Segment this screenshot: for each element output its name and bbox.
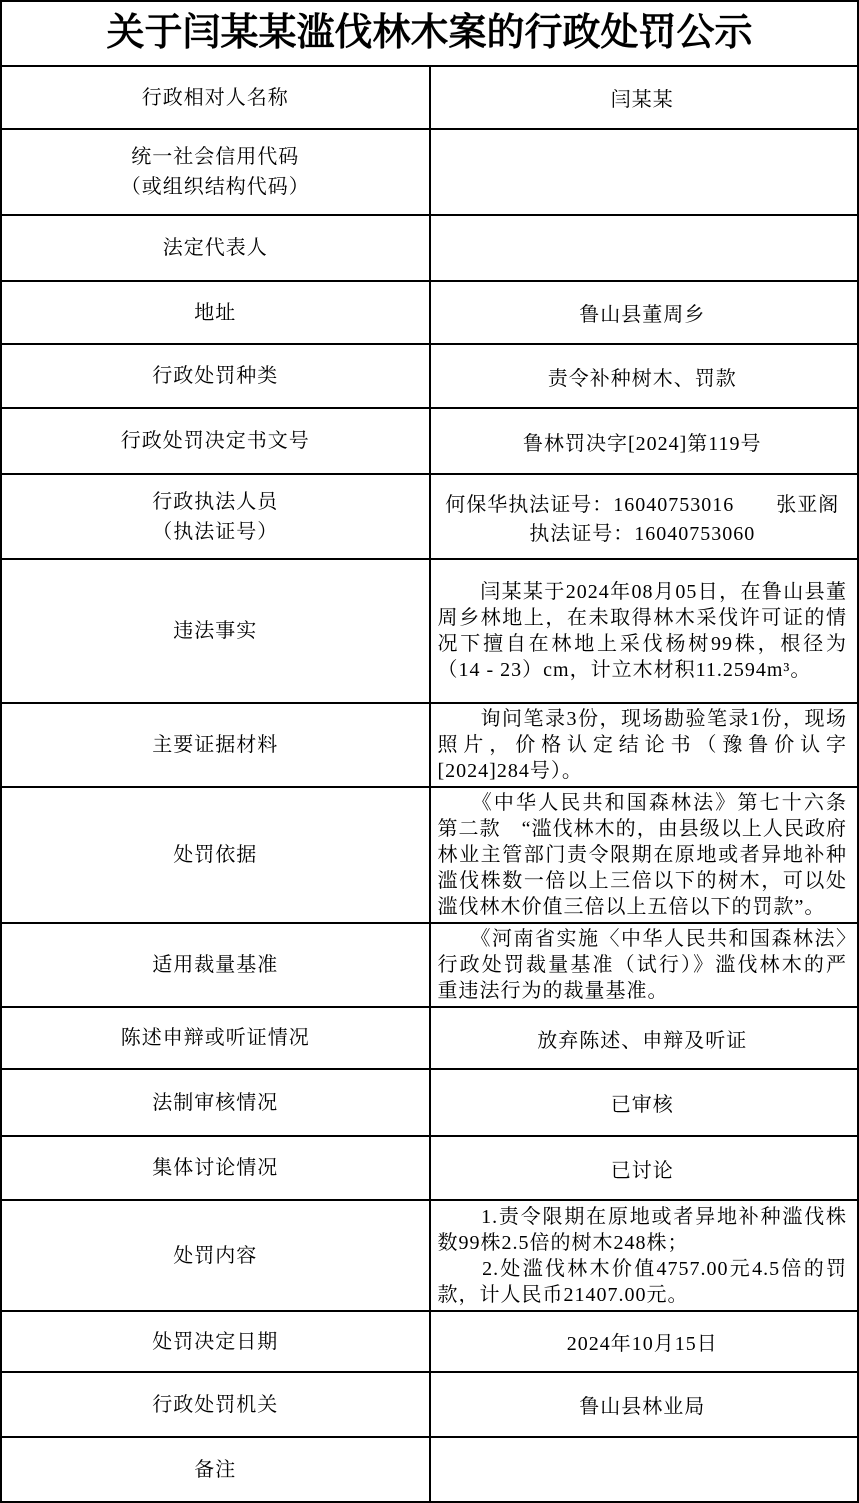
table-row: 地址 鲁山县董周乡 — [1, 281, 858, 344]
row-label: 陈述申辩或听证情况 — [1, 1007, 430, 1069]
row-label: 行政相对人名称 — [1, 66, 430, 129]
row-value: 询问笔录3份，现场勘验笔录1份，现场照片，价格认定结论书（豫鲁价认字[2024]… — [430, 703, 859, 787]
row-label: 行政处罚机关 — [1, 1372, 430, 1437]
table-row: 法定代表人 — [1, 215, 858, 281]
table-row: 法制审核情况 已审核 — [1, 1069, 858, 1136]
row-value: 何保华执法证号：16040753016 张亚阁执法证号：16040753060 — [430, 474, 859, 559]
row-label: 主要证据材料 — [1, 703, 430, 787]
row-value: 放弃陈述、申辩及听证 — [430, 1007, 859, 1069]
row-label: 处罚决定日期 — [1, 1311, 430, 1372]
row-value: 《中华人民共和国森林法》第七十六条第二款 “滥伐林木的，由县级以上人民政府林业主… — [430, 787, 859, 923]
table-row: 违法事实 闫某某于2024年08月05日，在鲁山县董周乡林地上，在未取得林木采伐… — [1, 559, 858, 703]
table-row: 行政处罚种类 责令补种树木、罚款 — [1, 344, 858, 408]
table-row: 行政执法人员 （执法证号） 何保华执法证号：16040753016 张亚阁执法证… — [1, 474, 858, 559]
row-label: 地址 — [1, 281, 430, 344]
table-row: 集体讨论情况 已讨论 — [1, 1136, 858, 1200]
row-label: 违法事实 — [1, 559, 430, 703]
row-value: 1.责令限期在原地或者异地补种滥伐株数99株2.5倍的树木248株； 2.处滥伐… — [430, 1200, 859, 1311]
table-row: 主要证据材料 询问笔录3份，现场勘验笔录1份，现场照片，价格认定结论书（豫鲁价认… — [1, 703, 858, 787]
row-value — [430, 215, 859, 281]
row-label: 处罚内容 — [1, 1200, 430, 1311]
table-row: 处罚内容 1.责令限期在原地或者异地补种滥伐株数99株2.5倍的树木248株； … — [1, 1200, 858, 1311]
row-value: 鲁林罚决字[2024]第119号 — [430, 408, 859, 474]
table-row: 备注 — [1, 1437, 858, 1502]
row-label: 行政处罚决定书文号 — [1, 408, 430, 474]
row-value: 鲁山县董周乡 — [430, 281, 859, 344]
table-row: 行政处罚机关 鲁山县林业局 — [1, 1372, 858, 1437]
table-row: 行政相对人名称 闫某某 — [1, 66, 858, 129]
row-label: 集体讨论情况 — [1, 1136, 430, 1200]
table-row: 处罚依据 《中华人民共和国森林法》第七十六条第二款 “滥伐林木的，由县级以上人民… — [1, 787, 858, 923]
row-label: 适用裁量基准 — [1, 923, 430, 1007]
row-value: 闫某某 — [430, 66, 859, 129]
row-label: 备注 — [1, 1437, 430, 1502]
page-title: 关于闫某某滥伐林木案的行政处罚公示 — [1, 1, 858, 66]
penalty-notice-page: 关于闫某某滥伐林木案的行政处罚公示 行政相对人名称 闫某某 统一社会信用代码 （… — [0, 0, 859, 1442]
row-value — [430, 1437, 859, 1502]
table-row: 适用裁量基准 《河南省实施〈中华人民共和国森林法〉行政处罚裁量基准（试行）》滥伐… — [1, 923, 858, 1007]
row-value — [430, 129, 859, 215]
table-row: 统一社会信用代码 （或组织结构代码） — [1, 129, 858, 215]
row-label: 法定代表人 — [1, 215, 430, 281]
row-value: 《河南省实施〈中华人民共和国森林法〉行政处罚裁量基准（试行）》滥伐林木的严重违法… — [430, 923, 859, 1007]
row-label: 行政处罚种类 — [1, 344, 430, 408]
row-value: 2024年10月15日 — [430, 1311, 859, 1372]
row-value: 已审核 — [430, 1069, 859, 1136]
row-label: 统一社会信用代码 （或组织结构代码） — [1, 129, 430, 215]
table-row: 行政处罚决定书文号 鲁林罚决字[2024]第119号 — [1, 408, 858, 474]
row-label: 行政执法人员 （执法证号） — [1, 474, 430, 559]
table-row: 陈述申辩或听证情况 放弃陈述、申辩及听证 — [1, 1007, 858, 1069]
row-value: 鲁山县林业局 — [430, 1372, 859, 1437]
row-label: 处罚依据 — [1, 787, 430, 923]
row-value: 闫某某于2024年08月05日，在鲁山县董周乡林地上，在未取得林木采伐许可证的情… — [430, 559, 859, 703]
penalty-table: 关于闫某某滥伐林木案的行政处罚公示 行政相对人名称 闫某某 统一社会信用代码 （… — [0, 0, 859, 1503]
title-row: 关于闫某某滥伐林木案的行政处罚公示 — [1, 1, 858, 66]
row-label: 法制审核情况 — [1, 1069, 430, 1136]
row-value: 责令补种树木、罚款 — [430, 344, 859, 408]
table-row: 处罚决定日期 2024年10月15日 — [1, 1311, 858, 1372]
row-value: 已讨论 — [430, 1136, 859, 1200]
